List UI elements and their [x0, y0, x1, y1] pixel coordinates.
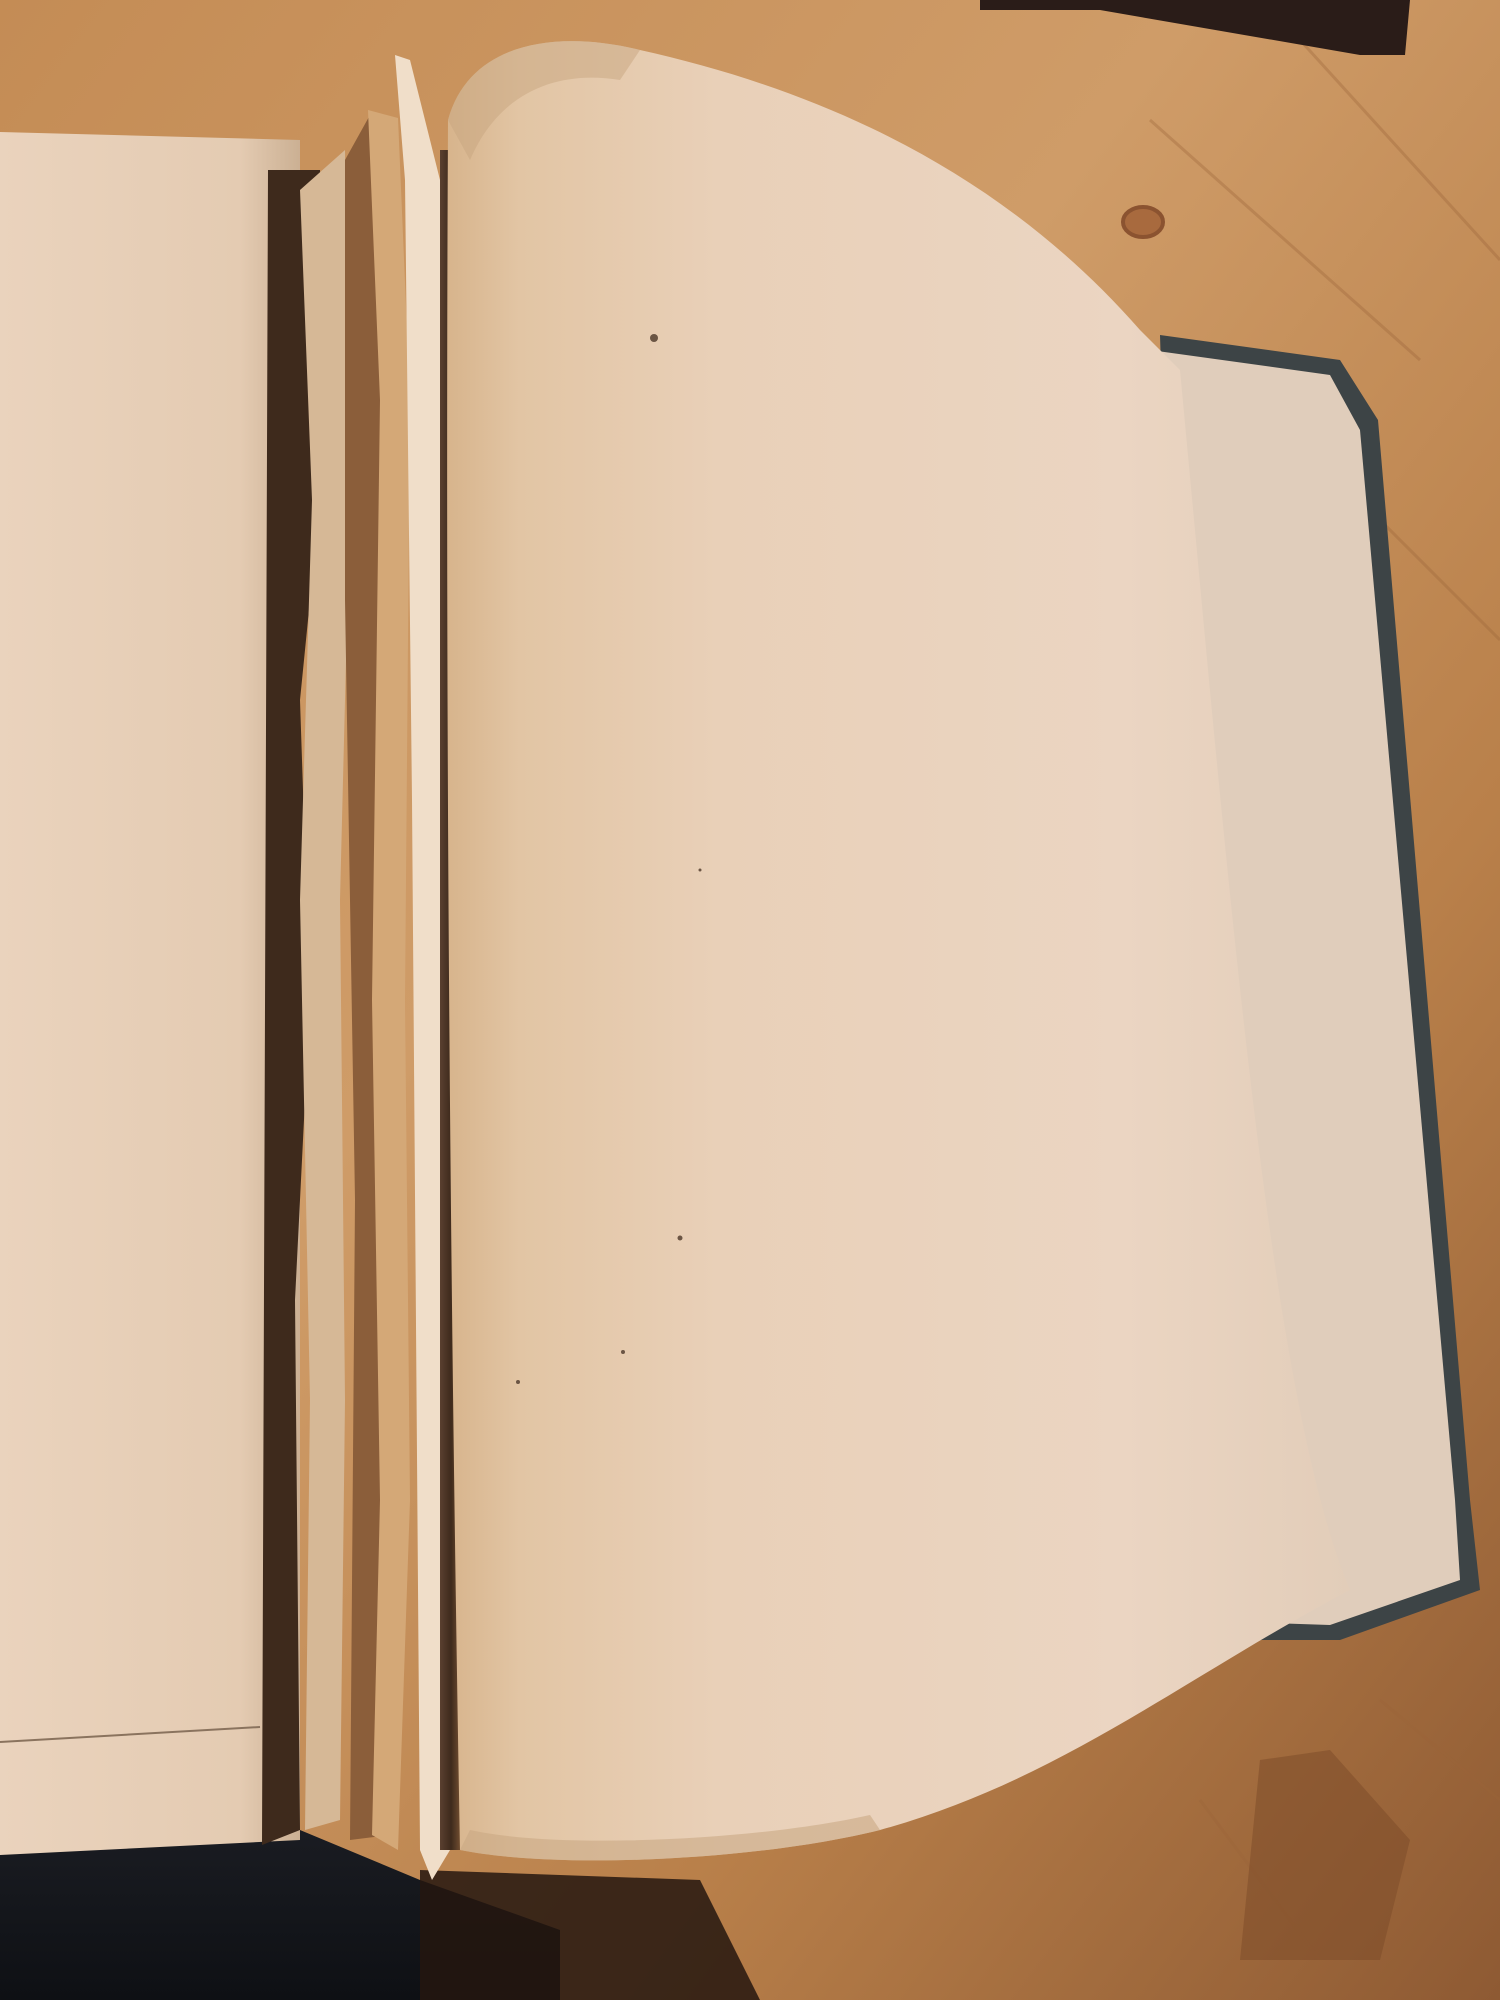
open-book-photo	[0, 0, 1500, 2000]
wood-knot	[1123, 207, 1163, 237]
photo-scene	[0, 0, 1500, 2000]
left-page	[0, 132, 300, 1855]
